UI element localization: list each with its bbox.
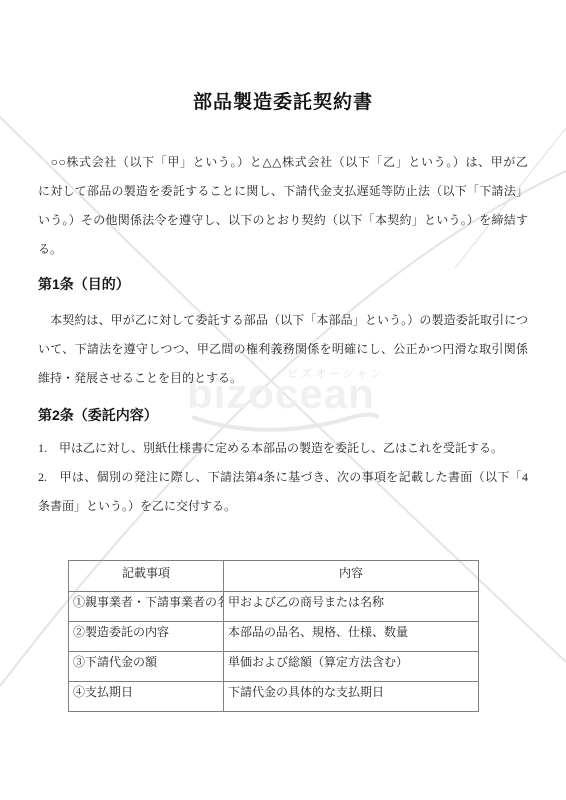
document-title: 部品製造委託契約書 [38, 88, 528, 118]
table-row: ④支払期日下請代金の具体的な支払期日 [69, 682, 479, 712]
table-cell: ④支払期日 [69, 682, 224, 712]
table-row: ③下請代金の額単価および総額（算定方法含む） [69, 652, 479, 682]
text-line: いて、下請法を遵守しつつ、甲乙間の権利義務関係を明確にし、公正かつ円滑な取引関係… [38, 335, 528, 364]
article1-paragraph: 本契約は、甲が乙に対して委託する部品（以下「本部品」という。）の製造委託取引につ… [38, 306, 528, 393]
written-items-table: 記載事項内容 ①親事業者・下請事業者の名称甲および乙の商号または名称②製造委託の… [68, 560, 479, 712]
table-header-cell: 記載事項 [69, 561, 224, 592]
article2-item-1: 1. 甲は乙に対し、別紙仕様書に定める本部品の製造を委託し、乙はこれを受託する。 [38, 434, 528, 463]
table-body: ①親事業者・下請事業者の名称甲および乙の商号または名称②製造委託の内容本部品の品… [69, 592, 479, 712]
table-header-row: 記載事項内容 [69, 561, 479, 592]
text-line: 条書面」という。）を乙に交付する。 [38, 492, 528, 521]
document-page: ビズオーシャン bizocean 部品製造委託契約書 ○○株式会社（以下「甲」と… [0, 0, 566, 800]
text-line: 維持・発展させることを目的とする。 [38, 364, 528, 393]
table-cell: 単価および総額（算定方法含む） [224, 652, 479, 682]
text-line: に対して部品の製造を委託することに関し、下請代金支払遅延等防止法（以下「下請法」… [38, 177, 528, 206]
table-cell: 下請代金の具体的な支払期日 [224, 682, 479, 712]
table-cell: ③下請代金の額 [69, 652, 224, 682]
table-cell: 甲および乙の商号または名称 [224, 592, 479, 622]
table-cell: 本部品の品名、規格、仕様、数量 [224, 622, 479, 652]
text-line: 本契約は、甲が乙に対して委託する部品（以下「本部品」という。）の製造委託取引につ [38, 306, 528, 335]
table-header-cell: 内容 [224, 561, 479, 592]
article2-item-2: 2. 甲は、個別の発注に際し、下請法第4条に基づき、次の事項を記載した書面（以下… [38, 463, 528, 521]
text-line: る。 [38, 235, 528, 264]
table-row: ②製造委託の内容本部品の品名、規格、仕様、数量 [69, 622, 479, 652]
text-line: 1. 甲は乙に対し、別紙仕様書に定める本部品の製造を委託し、乙はこれを受託する。 [38, 434, 528, 463]
text-line: ○○株式会社（以下「甲」という。）と△△株式会社（以下「乙」という。）は、甲が乙 [38, 148, 528, 177]
document-content: 部品製造委託契約書 ○○株式会社（以下「甲」という。）と△△株式会社（以下「乙」… [38, 0, 528, 712]
intro-paragraph: ○○株式会社（以下「甲」という。）と△△株式会社（以下「乙」という。）は、甲が乙… [38, 148, 528, 264]
article1-heading: 第1条（目的） [38, 274, 528, 294]
table-cell: ②製造委託の内容 [69, 622, 224, 652]
text-line: 2. 甲は、個別の発注に際し、下請法第4条に基づき、次の事項を記載した書面（以下… [38, 463, 528, 492]
text-line: いう。）その他関係法令を遵守し、以下のとおり契約（以下「本契約」という。）を締結… [38, 206, 528, 235]
table-row: ①親事業者・下請事業者の名称甲および乙の商号または名称 [69, 592, 479, 622]
article2-heading: 第2条（委託内容） [38, 405, 528, 425]
table-head: 記載事項内容 [69, 561, 479, 592]
table-cell: ①親事業者・下請事業者の名称 [69, 592, 224, 622]
